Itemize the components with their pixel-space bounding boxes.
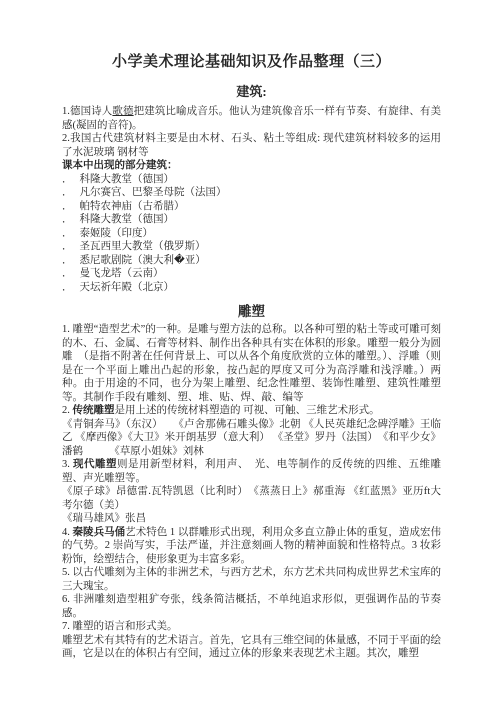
paragraph-number: 4.: [62, 527, 73, 538]
paragraph-number: 3.: [62, 459, 73, 470]
building-name: 帕特农神庙（古希腊）: [80, 201, 185, 212]
list-bullet: ．: [62, 173, 73, 187]
building-name: 科隆大教堂（德国）: [80, 214, 175, 225]
page-title: 小学美术理论基础知识及作品整理（三）: [62, 50, 441, 71]
list-item: ．圣瓦西里大教堂（俄罗斯）: [62, 240, 441, 254]
building-list-heading: 课本中出现的部分建筑：: [62, 159, 441, 173]
building-name: 天坛祈年殿（北京）: [80, 282, 175, 293]
section-sculpture: 雕塑 1. 雕塑“造型艺术”的一种。是雕与塑方法的总称。以各种可塑的粘土等或可雕…: [62, 300, 441, 661]
sculpture-body: 1. 雕塑“造型艺术”的一种。是雕与塑方法的总称。以各种可塑的粘土等或可雕可刻的…: [62, 323, 441, 661]
architecture-paragraph-2: 2.我国古代建筑材料主要是由木材、石头、粘土等组成: 现代建筑材料较多的运用了水…: [62, 132, 441, 159]
list-bullet: ．: [62, 227, 73, 241]
sculpture-paragraph-3: 3. 现代雕塑则是用新型材料，利用声、 光、电等制作的反传统的四维、五维雕塑、声…: [62, 458, 441, 485]
list-item: ．凡尔赛宫、巴黎圣母院（法国）: [62, 186, 441, 200]
sculpture-paragraph-4: 4. 秦陵兵马俑艺术特色 1 以群雕形式出现，利用众多直立静止体的重复，造成宏伟…: [62, 526, 441, 567]
list-bullet: ．: [62, 186, 73, 200]
sculpture-works-modern-line-2: 《瑞马雄风》张昌: [62, 512, 441, 526]
sculpture-heading: 雕塑: [62, 300, 441, 320]
document-page: 小学美术理论基础知识及作品整理（三） 建筑: 1.德国诗人歌德把建筑比喻成音乐。…: [0, 0, 500, 707]
list-item: ．科隆大教堂（德国）: [62, 173, 441, 187]
list-bullet: ．: [62, 267, 73, 281]
bold-term-terracotta-army: 秦陵兵马俑: [73, 527, 126, 538]
underlined-term-goethe: 歌德: [112, 106, 133, 117]
building-list: ．科隆大教堂（德国） ．凡尔赛宫、巴黎圣母院（法国） ．帕特农神庙（古希腊） ．…: [62, 173, 441, 295]
sculpture-paragraph-7: 7. 雕塑的语言和形式美。: [62, 620, 441, 634]
list-item: ．帕特农神庙（古希腊）: [62, 200, 441, 214]
list-item: ．悉尼歌剧院（澳大利�亚）: [62, 254, 441, 268]
sculpture-works-traditional: 《青铜奔马》（东汉） 《卢舍那佛石雕头像》北朝 《人民英雄纪念碑浮雕》王临乙 《…: [62, 418, 441, 459]
sculpture-paragraph-1: 1. 雕塑“造型艺术”的一种。是雕与塑方法的总称。以各种可塑的粘土等或可雕可刻的…: [62, 323, 441, 404]
sculpture-paragraph-5: 5. 以古代雕刻为主体的非洲艺术，与西方艺术，东方艺术共同构成世界艺术宝库的三大…: [62, 566, 441, 593]
list-item: ．曼飞龙塔（云南）: [62, 267, 441, 281]
building-name: 科隆大教堂（德国）: [80, 174, 175, 185]
list-item: ．天坛祈年殿（北京）: [62, 281, 441, 295]
paragraph-text: 1.德国诗人: [62, 106, 112, 117]
architecture-heading: 建筑:: [62, 81, 441, 100]
architecture-body: 1.德国诗人歌德把建筑比喻成音乐。他认为建筑像音乐一样有节奏、有旋律、有美感(凝…: [62, 105, 441, 294]
sculpture-works-modern-line-1: 《原子球》昂德雷.瓦特凯恩（比利时） 《蒸蒸日上》郝重海 《红蓝黑》亚历ft大 …: [62, 485, 441, 512]
list-bullet: ．: [62, 281, 73, 295]
building-name: 曼飞龙塔（云南）: [80, 268, 164, 279]
sculpture-paragraph-8: 雕塑艺术有其特有的艺术语言。首先，它具有三维空间的体量感，不同于平面的绘画，它是…: [62, 634, 441, 661]
list-bullet: ．: [62, 254, 73, 268]
building-name: 圣瓦西里大教堂（俄罗斯）: [80, 241, 206, 252]
sculpture-paragraph-6: 6. 非洲雕刻造型粗犷夸张，线条简洁概括，不单纯追求形似，更强调作品的节奏感。: [62, 593, 441, 620]
list-bullet: ．: [62, 200, 73, 214]
building-name: 泰姬陵（印度）: [80, 228, 154, 239]
list-item: ．泰姬陵（印度）: [62, 227, 441, 241]
paragraph-text: 则是用新型材料，利用声、 光、电等制作的反传统的四维、五维雕塑、声光雕塑等。: [62, 459, 441, 484]
paragraph-number: 2.: [62, 405, 73, 416]
paragraph-text: 是用上述的传统材料塑造的 可视、可触、三维艺术形式。: [115, 405, 380, 416]
building-name: 悉尼歌剧院（澳大利�亚）: [80, 255, 206, 266]
section-architecture: 建筑: 1.德国诗人歌德把建筑比喻成音乐。他认为建筑像音乐一样有节奏、有旋律、有…: [62, 81, 441, 294]
bold-term-traditional-sculpture: 传统雕塑: [73, 405, 115, 416]
list-bullet: ．: [62, 240, 73, 254]
list-item: ．科隆大教堂（德国）: [62, 213, 441, 227]
sculpture-paragraph-2: 2. 传统雕塑是用上述的传统材料塑造的 可视、可触、三维艺术形式。: [62, 404, 441, 418]
building-name: 凡尔赛宫、巴黎圣母院（法国）: [80, 187, 227, 198]
bold-term-modern-sculpture: 现代雕塑: [73, 459, 117, 470]
list-bullet: ．: [62, 213, 73, 227]
architecture-paragraph-1: 1.德国诗人歌德把建筑比喻成音乐。他认为建筑像音乐一样有节奏、有旋律、有美感(凝…: [62, 105, 441, 132]
